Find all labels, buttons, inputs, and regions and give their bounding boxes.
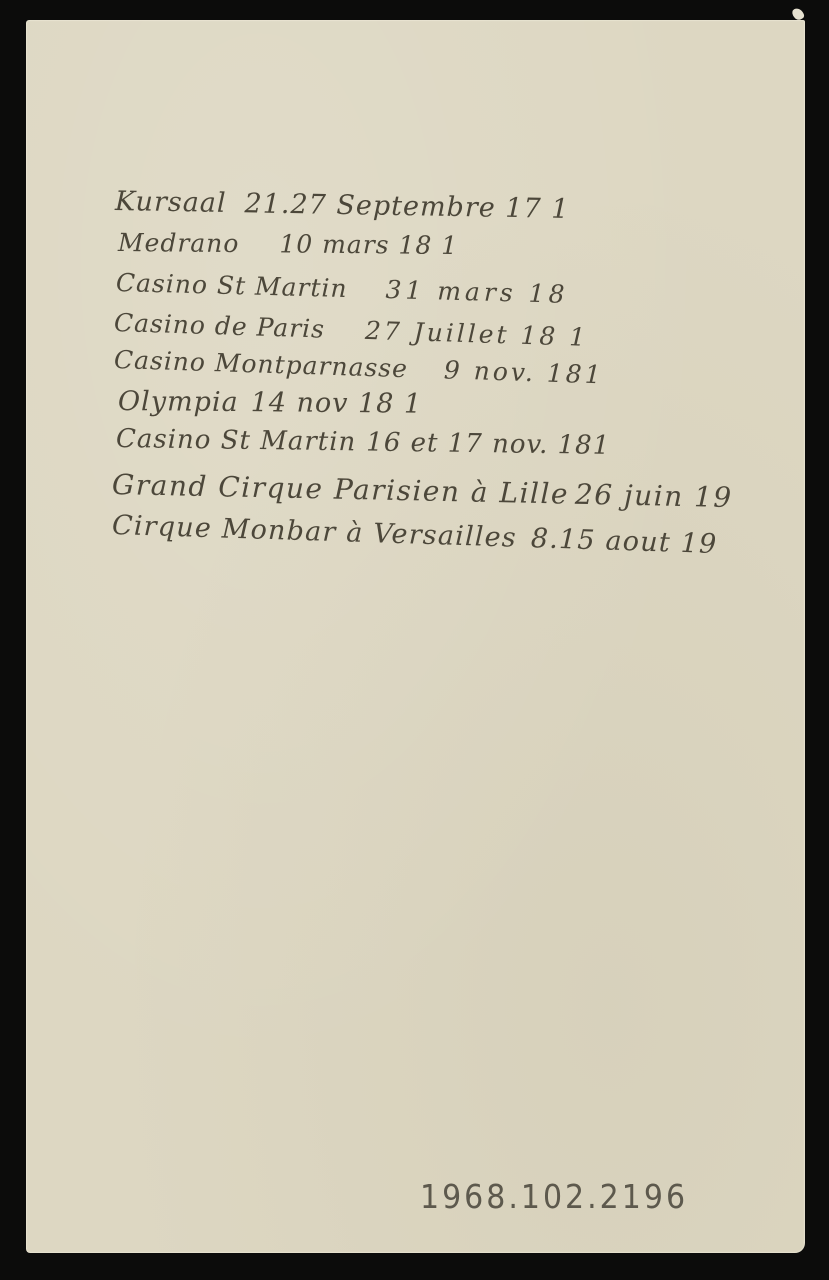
entry-date: 8.15 aout 19	[530, 523, 718, 560]
entry-date: 10 mars 18 1	[279, 229, 458, 260]
entry-venue: Medrano	[118, 228, 240, 258]
entry-venue: Olympia	[118, 386, 239, 418]
entry-medrano: Medrano10 mars 18 1	[118, 228, 458, 260]
entry-venue: Kursaal	[115, 186, 227, 219]
accession-number: 1968.102.2196	[420, 1178, 688, 1217]
entry-date: 9 nov. 181	[443, 355, 604, 389]
entry-date: 21.27 Septembre 17 1	[244, 188, 569, 225]
entry-olympia: Olympia14 nov 18 1	[118, 386, 422, 420]
entry-date: 16 et 17 nov. 181	[366, 427, 610, 460]
entry-date: 31 mars 18	[385, 275, 569, 309]
entry-date: 26 juin 19	[575, 478, 733, 514]
entry-venue: Casino St Martin	[116, 424, 357, 457]
entry-date: 14 nov 18 1	[251, 387, 423, 419]
entry-venue: Casino St Martin	[116, 268, 348, 303]
